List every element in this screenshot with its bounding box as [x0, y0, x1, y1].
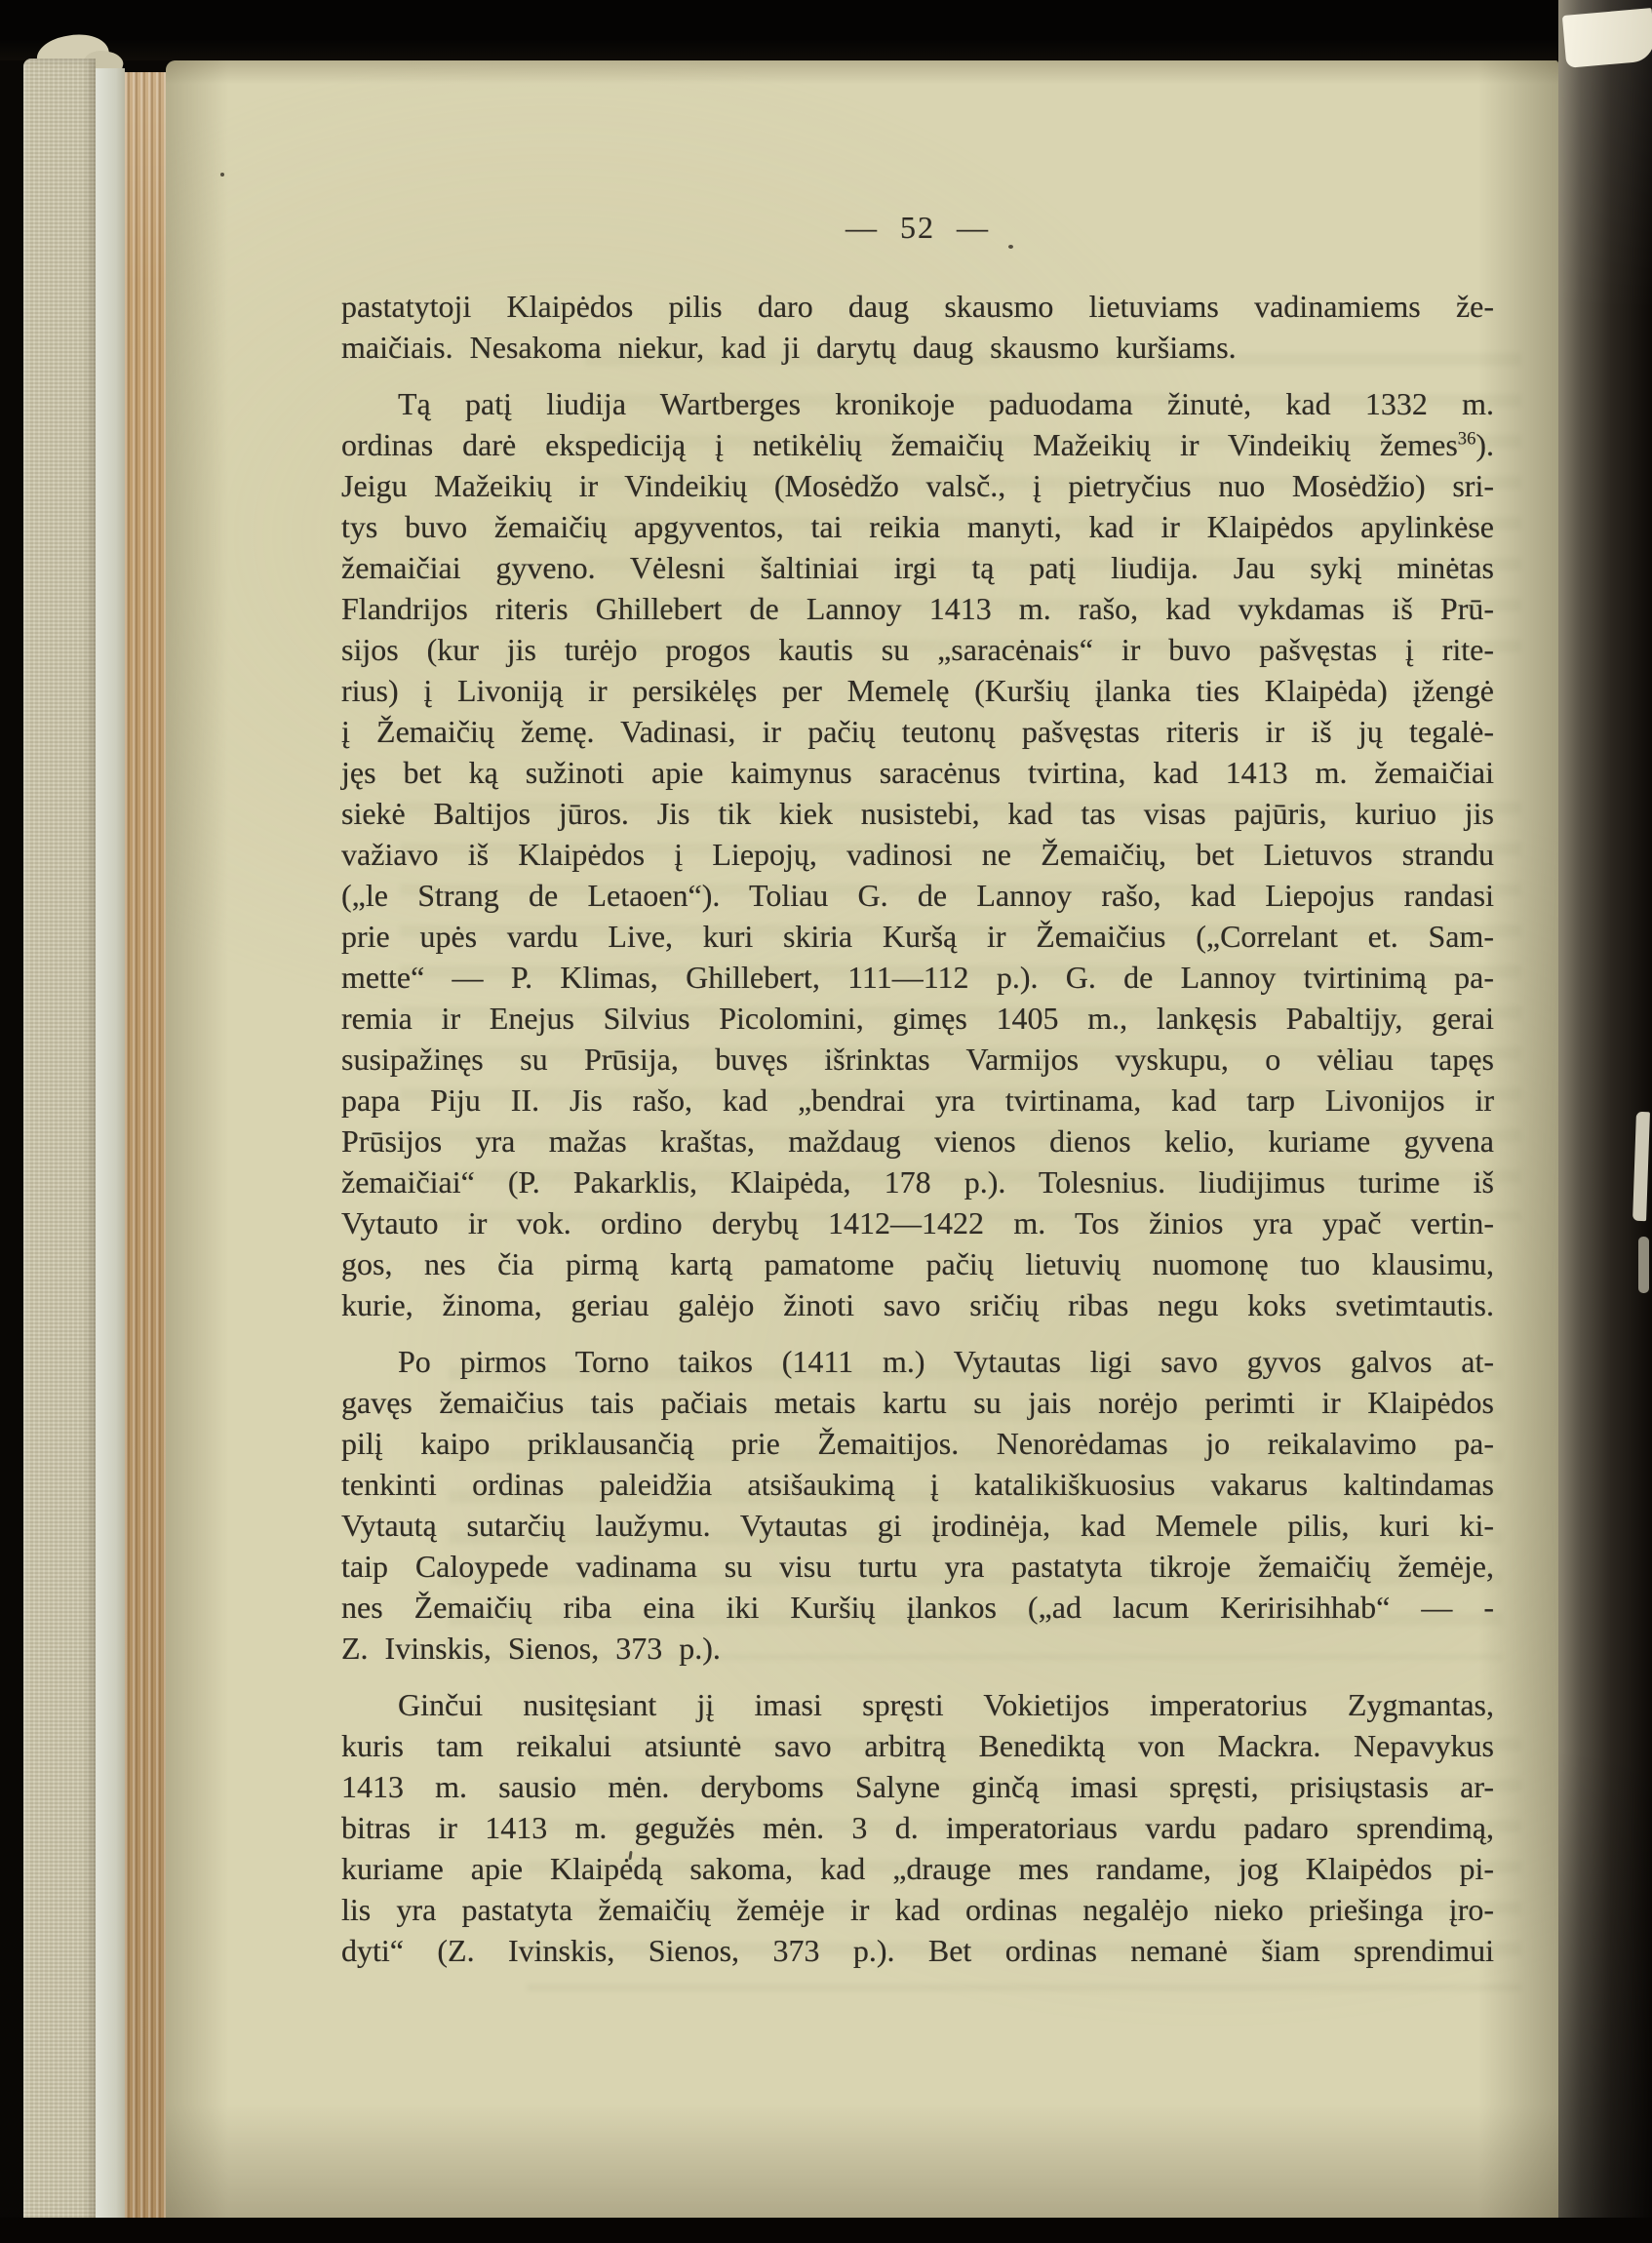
- scan-background-top: [0, 0, 1652, 60]
- text-line: žemaičiai gyveno. Vėlesni šaltiniai irgi…: [341, 547, 1494, 588]
- text-line: Ginčui nusitęsiant jį imasi spręsti Voki…: [341, 1684, 1494, 1725]
- paragraph: Tą patį liudija Wartberges kronikoje pad…: [341, 383, 1494, 1325]
- text-line: lis yra pastatyta žemaičių žemėje ir kad…: [341, 1889, 1494, 1930]
- text-line: papa Piju II. Jis rašo, kad „bendrai yra…: [341, 1080, 1494, 1121]
- text-line: gos, nes čia pirmą kartą pamatome pačių …: [341, 1243, 1494, 1284]
- page-number: — 52 —: [341, 207, 1494, 248]
- text-line: Vytautą sutarčių laužymu. Vytautas gi įr…: [341, 1505, 1494, 1546]
- text-line: nes Žemaičių riba eina iki Kuršių įlanko…: [341, 1587, 1494, 1628]
- text-line: kuris tam reikalui atsiuntė savo arbitrą…: [341, 1725, 1494, 1766]
- text-line: Tą patį liudija Wartberges kronikoje pad…: [341, 383, 1494, 424]
- text-line: į Žemaičių žemę. Vadinasi, ir pačių teut…: [341, 711, 1494, 752]
- page-stack-edge: [125, 72, 166, 2239]
- text-line: sijos (kur jis turėjo progos kautis su „…: [341, 629, 1494, 670]
- paragraph: pastatytoji Klaipėdos pilis daro daug sk…: [341, 286, 1494, 368]
- text-line: maičiais. Nesakoma niekur, kad ji darytų…: [341, 327, 1494, 368]
- text-line: mette“ — P. Klimas, Ghillebert, 111—112 …: [341, 957, 1494, 998]
- text-line: ordinas darė ekspediciją į netikėlių žem…: [341, 424, 1494, 465]
- book-cover-cloth-edge: [23, 59, 96, 2239]
- text-line: kurie, žinoma, geriau galėjo žinoti savo…: [341, 1284, 1494, 1325]
- ink-speck: [220, 173, 224, 177]
- page-edge-sliver: [1638, 1237, 1649, 1293]
- text-line: dyti“ (Z. Ivinskis, Sienos, 373 p.). Bet…: [341, 1930, 1494, 1971]
- next-page-corner-sliver: [1562, 8, 1652, 68]
- text-line: remia ir Enejus Silvius Picolomini, gimę…: [341, 998, 1494, 1039]
- text-line: Flandrijos riteris Ghillebert de Lannoy …: [341, 588, 1494, 629]
- text-line: pastatytoji Klaipėdos pilis daro daug sk…: [341, 286, 1494, 327]
- text-line: Po pirmos Torno taikos (1411 m.) Vytauta…: [341, 1341, 1494, 1382]
- text-line: Z. Ivinskis, Sienos, 373 p.).: [341, 1628, 1494, 1669]
- text-line: kuriame apie Klaipėdą sakoma, kad „draug…: [341, 1848, 1494, 1889]
- text-line: Prūsijos yra mažas kraštas, maždaug vien…: [341, 1121, 1494, 1161]
- text-line: Vytauto ir vok. ordino derybų 1412—1422 …: [341, 1202, 1494, 1243]
- text-line: rius) į Livoniją ir persikėlęs per Memel…: [341, 670, 1494, 711]
- text-line: jęs bet ką sužinoti apie kaimynus saracė…: [341, 752, 1494, 793]
- text-line: prie upės vardu Live, kuri skiria Kuršą …: [341, 916, 1494, 957]
- text-line: pilį kaipo priklausančią prie Žemaitijos…: [341, 1423, 1494, 1464]
- paragraph: Po pirmos Torno taikos (1411 m.) Vytauta…: [341, 1341, 1494, 1669]
- scan-background-bottom: [0, 2218, 1652, 2243]
- text-line: Jeigu Mažeikių ir Vindeikių (Mosėdžo val…: [341, 465, 1494, 506]
- text-line: tenkinti ordinas paleidžia atsišaukimą į…: [341, 1464, 1494, 1505]
- book-scan: — 52 — pastatytoji Klaipėdos pilis daro …: [0, 0, 1652, 2243]
- text-line: bitras ir 1413 m. gegužės mėn. 3 d. impe…: [341, 1807, 1494, 1848]
- text-line: tys buvo žemaičių apgyventos, tai reikia…: [341, 506, 1494, 547]
- text-line: siekė Baltijos jūros. Jis tik kiek nusis…: [341, 793, 1494, 834]
- page-stack-inner-edge: [96, 68, 125, 2239]
- text-line: važiavo iš Klaipėdos į Liepojų, vadinosi…: [341, 834, 1494, 875]
- text-line: žemaičiai“ (P. Pakarklis, Klaipėda, 178 …: [341, 1161, 1494, 1202]
- text-line: taip Caloypede vadinama su visu turtu yr…: [341, 1546, 1494, 1587]
- text-line: gavęs žemaičius tais pačiais metais kart…: [341, 1382, 1494, 1423]
- text-line: 1413 m. sausio mėn. deryboms Salyne ginč…: [341, 1766, 1494, 1807]
- paragraph: Ginčui nusitęsiant jį imasi spręsti Voki…: [341, 1684, 1494, 1971]
- text-block: pastatytoji Klaipėdos pilis daro daug sk…: [341, 286, 1494, 1971]
- text-line: („le Strang de Letaoen“). Toliau G. de L…: [341, 875, 1494, 916]
- text-line: susipažinęs su Prūsija, buvęs išrinktas …: [341, 1039, 1494, 1080]
